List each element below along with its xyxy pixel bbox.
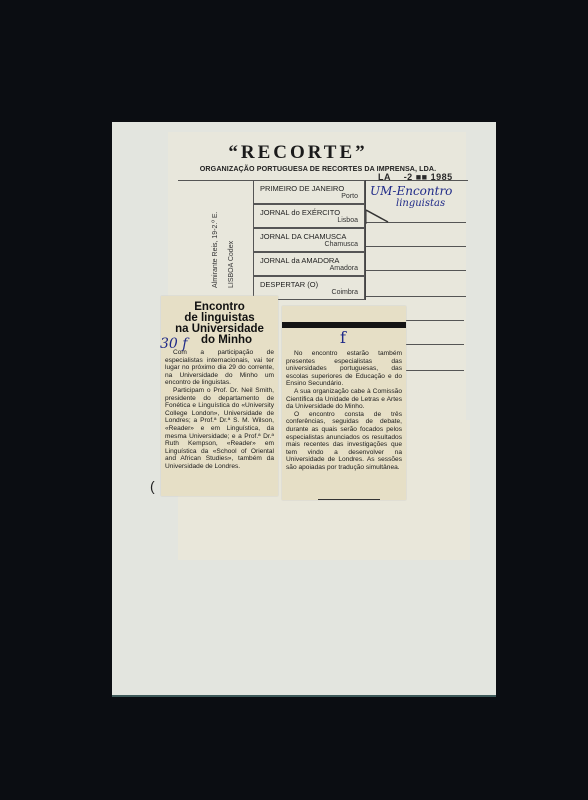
publication-name: JORNAL do EXÉRCITO [260,208,340,217]
form-rule [406,320,464,321]
form-divider [365,180,366,300]
publication-name: JORNAL da AMADORA [260,256,339,265]
publication-city: Chamusca [325,241,358,248]
article-paragraph: A sua organização cabe à Comissão Cientí… [286,388,402,411]
publication-city: Coimbra [332,289,358,296]
agency-title: “RECORTE” [168,142,428,164]
handwritten-clip-mark: f [340,328,346,347]
article-paragraph: Com a participação de especialistas inte… [165,349,274,387]
publication-city: Lisboa [337,217,358,224]
article-paragraph: No encontro estarão também presentes esp… [286,350,402,388]
publication-city: Amadora [330,265,358,272]
underline-mark [318,499,380,500]
agency-address-line1: Almirante Reis, 19-2.º E. [212,212,219,288]
stamp-date: -2 ■■ 1985 [404,172,453,182]
pointer-mark-icon [366,208,396,226]
agency-address-line2: LISBOA Codex [228,241,235,288]
publication-box: JORNAL da AMADORA Amadora [253,252,365,276]
form-rule [406,344,464,345]
article-body-right: No encontro estarão também presentes esp… [282,350,406,472]
form-rule [406,370,464,371]
handwritten-page-mark: 30 f [160,336,187,352]
handwritten-note: linguistas [396,198,445,209]
article-body-left: Com a participação de especialistas inte… [161,349,278,471]
bracket-mark-icon: ( [150,478,155,494]
publication-name: JORNAL DA CHAMUSCA [260,232,346,241]
publication-box: PRIMEIRO DE JANEIRO Porto [253,180,365,204]
publication-city: Porto [341,193,358,200]
publication-name: DESPERTAR (O) [260,280,318,289]
publication-box: JORNAL DA CHAMUSCA Chamusca [253,228,365,252]
date-stamp: LA -2 ■■ 1985 [378,172,453,182]
stamp-code: LA [378,172,391,182]
form-rule [366,296,466,297]
publication-name: PRIMEIRO DE JANEIRO [260,184,344,193]
form-rule [366,246,466,247]
form-rule [366,270,466,271]
article-paragraph: O encontro consta de três conferências, … [286,411,402,472]
clipping-left-column: Encontro de linguistas na Universidade d… [161,296,278,496]
article-paragraph: Participam o Prof. Dr. Neil Smith, presi… [165,387,274,471]
publication-box: JORNAL do EXÉRCITO Lisboa [253,204,365,228]
handwritten-note: UM-Encontro [370,184,452,198]
